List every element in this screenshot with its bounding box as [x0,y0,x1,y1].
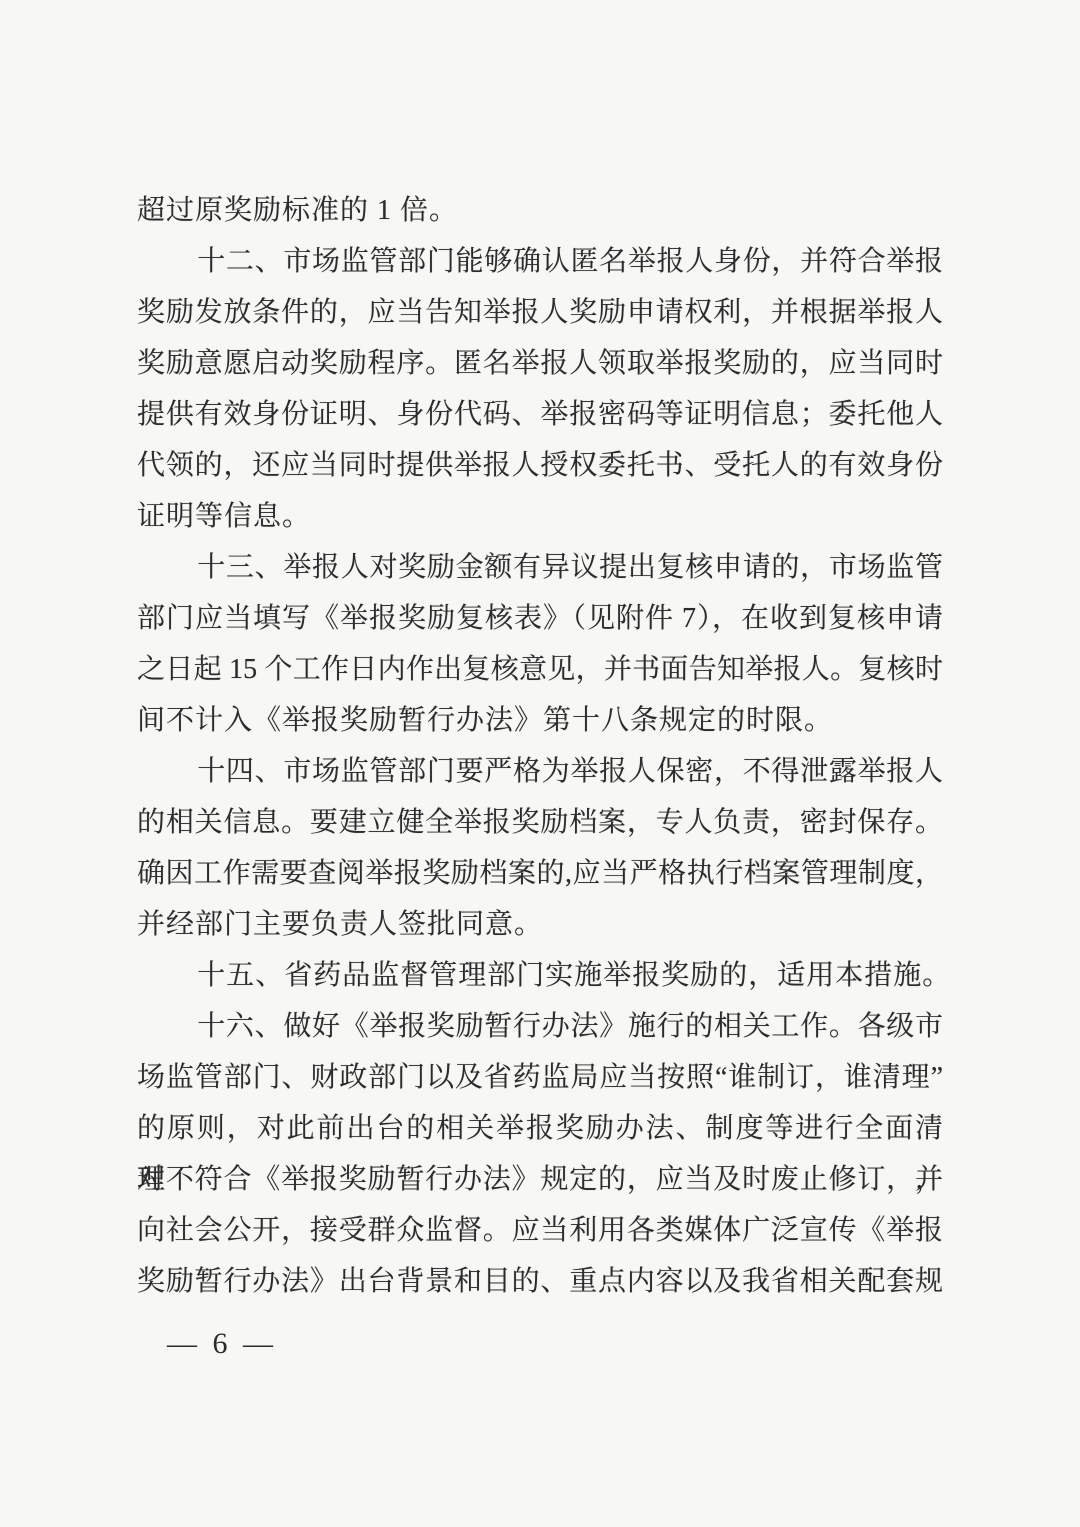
text-line: 奖励暂行办法》出台背景和目的、重点内容以及我省相关配套规 [137,1256,943,1307]
document-page: 超过原奖励标准的 1 倍。十二、市场监管部门能够确认匿名举报人身份，并符合举报奖… [0,0,1080,1527]
text-line: 十五、省药品监督管理部门实施举报奖励的，适用本措施。 [137,950,943,1001]
text-line: 确因工作需要查阅举报奖励档案的,应当严格执行档案管理制度， [137,848,943,899]
text-line: 奖励意愿启动奖励程序。匿名举报人领取举报奖励的，应当同时 [137,338,943,389]
text-line: 提供有效身份证明、身份代码、举报密码等证明信息；委托他人 [137,389,943,440]
text-line: 奖励发放条件的，应当告知举报人奖励申请权利，并根据举报人 [137,287,943,338]
text-line: 场监管部门、财政部门以及省药监局应当按照“谁制订，谁清理” [137,1052,943,1103]
text-line: 的原则，对此前出台的相关举报奖励办法、制度等进行全面清理， [137,1103,943,1154]
text-line: 之日起 15 个工作日内作出复核意见，并书面告知举报人。复核时 [137,644,943,695]
text-line: 代领的，还应当同时提供举报人授权委托书、受托人的有效身份 [137,440,943,491]
document-text-column: 超过原奖励标准的 1 倍。十二、市场监管部门能够确认匿名举报人身份，并符合举报奖… [137,185,943,1307]
text-line: 十六、做好《举报奖励暂行办法》施行的相关工作。各级市 [137,1001,943,1052]
text-line: 的相关信息。要建立健全举报奖励档案，专人负责，密封保存。 [137,797,943,848]
text-line: 对不符合《举报奖励暂行办法》规定的，应当及时废止修订，并 [137,1154,943,1205]
text-line: 向社会公开，接受群众监督。应当利用各类媒体广泛宣传《举报 [137,1205,943,1256]
text-line: 超过原奖励标准的 1 倍。 [137,185,943,236]
text-line: 证明等信息。 [137,491,943,542]
text-line: 十四、市场监管部门要严格为举报人保密，不得泄露举报人 [137,746,943,797]
text-line: 十三、举报人对奖励金额有异议提出复核申请的，市场监管 [137,542,943,593]
text-line: 并经部门主要负责人签批同意。 [137,899,943,950]
page-number-footer: — 6 — [167,1318,277,1369]
text-line: 部门应当填写《举报奖励复核表》（见附件 7），在收到复核申请 [137,593,943,644]
text-line: 间不计入《举报奖励暂行办法》第十八条规定的时限。 [137,695,943,746]
text-line: 十二、市场监管部门能够确认匿名举报人身份，并符合举报 [137,236,943,287]
